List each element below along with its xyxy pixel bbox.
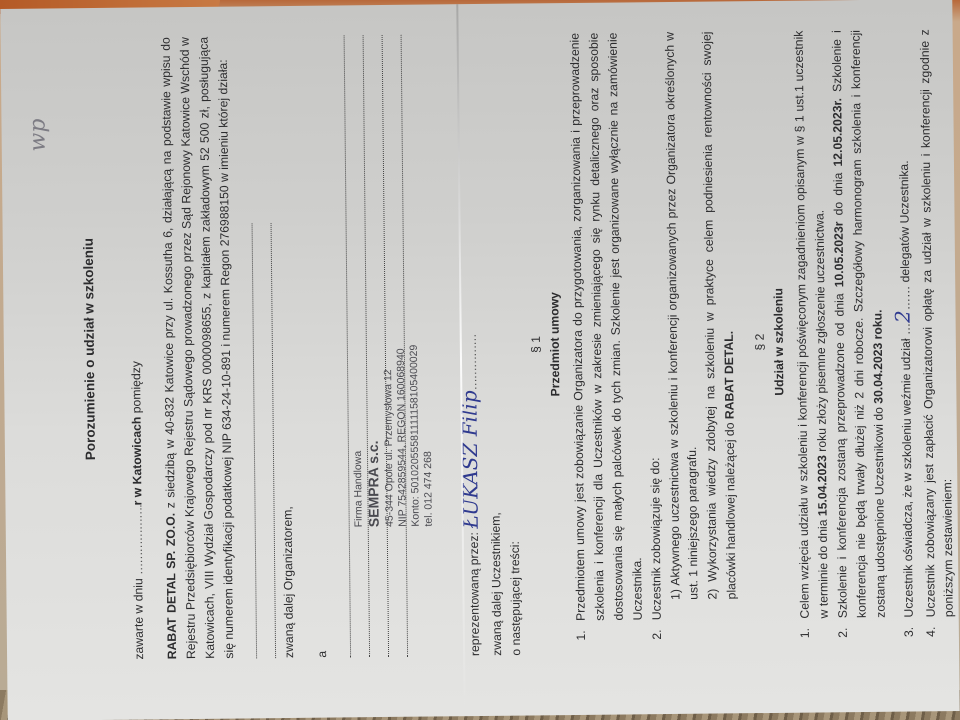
list-item: Uczestnik zobowiązany jest zapłacić Orga… bbox=[915, 29, 959, 623]
handwritten-mark: wp bbox=[21, 118, 55, 151]
dotted-line bbox=[238, 223, 258, 659]
section-1-sublist: 1) Aktywnego uczestnictwa w szkoleniu i … bbox=[660, 31, 742, 620]
organizer-paragraph: RABAT DETAL SP. ZO.O. z siedzibą w 40-83… bbox=[156, 37, 238, 660]
list-item: Przedmiotem umowy jest zobowiązanie Orga… bbox=[566, 32, 648, 627]
company-stamp: Firma Handlowa SEMPRA s.c. 45-344 Opole … bbox=[348, 34, 436, 527]
list-item: 1) Aktywnego uczestnictwa w szkoleniu i … bbox=[660, 32, 704, 600]
dotted-line bbox=[257, 223, 277, 659]
list-item: Uczestnik zobowiązuje się do: 1) Aktywne… bbox=[641, 31, 742, 626]
handwritten-delegate-count: 2 bbox=[890, 310, 914, 323]
organizer-name: RABAT DETAL SP. ZO.O. bbox=[163, 513, 179, 659]
list-item: 2) Wykorzystania wiedzy zdobytej na szko… bbox=[698, 31, 742, 599]
list-item: Celem wzięcia udziału w szkoleniu i konf… bbox=[790, 30, 834, 624]
list-item: Szkolenie i konferencja zostaną przeprow… bbox=[827, 30, 890, 625]
document-title: Porozumienie o udział w szkoleniu bbox=[77, 38, 104, 660]
document-page: wp Porozumienie o udział w szkoleniu zaw… bbox=[0, 0, 959, 720]
section-1-list: Przedmiotem umowy jest zobowiązanie Orga… bbox=[566, 31, 743, 655]
section-2-list: Celem wzięcia udziału w szkoleniu i konf… bbox=[790, 29, 960, 653]
